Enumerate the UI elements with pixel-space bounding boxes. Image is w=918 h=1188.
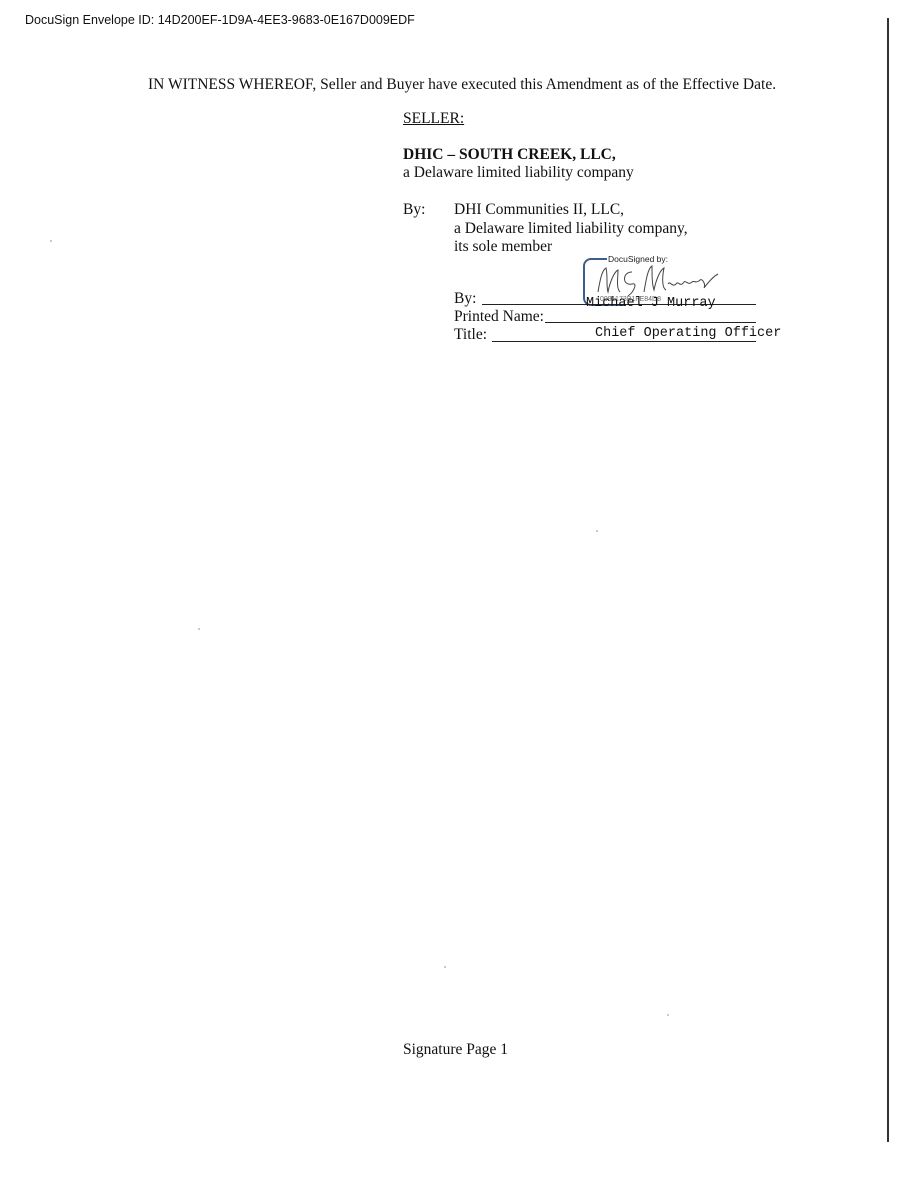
signature-by-label: By:	[454, 290, 476, 308]
member-block: DHI Communities II, LLC, a Delaware limi…	[454, 201, 688, 257]
title-line	[492, 341, 756, 342]
company-name: DHIC – SOUTH CREEK, LLC,	[403, 146, 616, 164]
member-name: DHI Communities II, LLC,	[454, 201, 688, 220]
by-label: By:	[403, 201, 425, 219]
printed-name-label: Printed Name:	[454, 308, 544, 326]
party-label: SELLER:	[403, 110, 464, 128]
page-footer: Signature Page 1	[403, 1041, 508, 1059]
scan-speck	[667, 1014, 669, 1016]
company-description: a Delaware limited liability company	[403, 164, 634, 182]
printed-name-value: Michael J Murray	[586, 296, 716, 311]
page-edge-rule	[887, 18, 889, 1142]
scan-speck	[444, 966, 446, 968]
member-description: a Delaware limited liability company,	[454, 220, 688, 239]
witness-clause: IN WITNESS WHEREOF, Seller and Buyer hav…	[148, 76, 776, 94]
printed-name-line	[545, 322, 756, 323]
handwritten-signature	[592, 262, 727, 298]
scan-speck	[198, 628, 200, 630]
envelope-id: DocuSign Envelope ID: 14D200EF-1D9A-4EE3…	[25, 13, 415, 27]
scan-speck	[50, 240, 52, 242]
title-label: Title:	[454, 326, 487, 344]
title-value: Chief Operating Officer	[595, 326, 781, 341]
scan-speck	[596, 530, 598, 532]
